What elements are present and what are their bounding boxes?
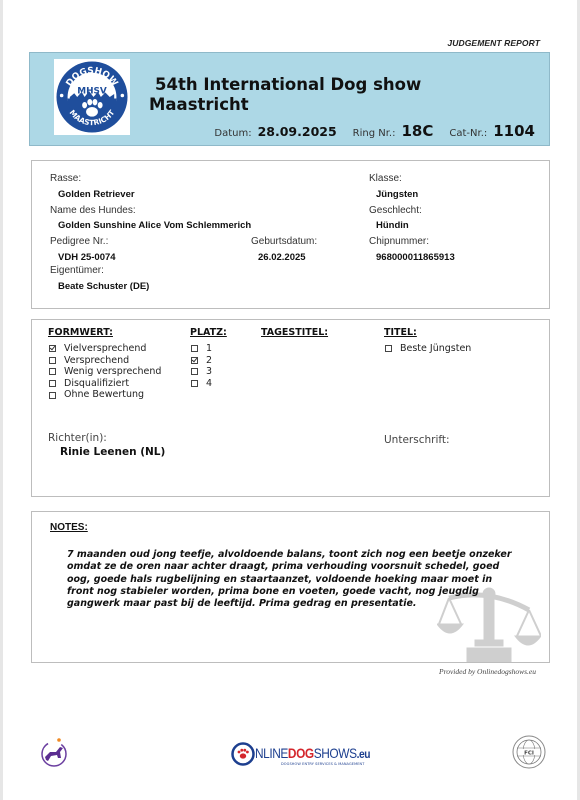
platz-option-label: 4 xyxy=(206,378,212,390)
formwert-option-label: Wenig versprechend xyxy=(64,366,161,378)
sex-label: Geschlecht: xyxy=(369,205,422,216)
pedigree-label: Pedigree Nr.: xyxy=(50,236,108,247)
pedigree-value: VDH 25-0074 xyxy=(58,252,116,263)
platz-option-label: 3 xyxy=(206,366,212,378)
formwert-option[interactable]: Disqualifiziert xyxy=(49,378,161,390)
tagestitel-heading: TAGESTITEL: xyxy=(261,327,328,338)
platz-option-label: 1 xyxy=(206,343,212,355)
checkbox-unchecked-icon[interactable] xyxy=(191,380,198,387)
class-value: Jüngsten xyxy=(376,189,418,200)
checkbox-checked-icon[interactable] xyxy=(191,357,198,364)
judging-result: FORMWERT: VielversprechendVersprechendWe… xyxy=(31,319,550,497)
formwert-option[interactable]: Vielversprechend xyxy=(49,343,161,355)
onlinedogshows-wordmark: NLINEDOGSHOWS.eu xyxy=(255,745,370,761)
cat-label: Cat-Nr.: xyxy=(449,128,487,139)
titel-options: Beste Jüngsten xyxy=(385,343,471,355)
owner-label: Eigentümer: xyxy=(50,265,104,276)
notes-text: 7 maanden oud jong teefje, alvoldoende b… xyxy=(67,549,522,610)
dog-jumping-logo-icon xyxy=(38,737,70,769)
report-type-label: JUDGEMENT REPORT xyxy=(447,38,540,48)
checkbox-unchecked-icon[interactable] xyxy=(385,345,392,352)
formwert-option-label: Versprechend xyxy=(64,355,129,367)
date-label: Datum: xyxy=(214,128,251,139)
date-value: 28.09.2025 xyxy=(258,124,337,139)
checkbox-unchecked-icon[interactable] xyxy=(191,368,198,375)
platz-option-label: 2 xyxy=(206,355,212,367)
show-title-line1: 54th International Dog show xyxy=(149,75,421,95)
checkbox-unchecked-icon[interactable] xyxy=(49,368,56,375)
platz-option[interactable]: 4 xyxy=(191,378,212,390)
ods-tld: .eu xyxy=(357,747,370,761)
show-header: DOGSHOW MAASTRICHT MHSV 54th Internation… xyxy=(29,52,550,146)
dogshow-mhsv-maastricht-logo-icon: DOGSHOW MAASTRICHT MHSV xyxy=(55,60,129,134)
ods-prefix: NLINE xyxy=(255,745,288,761)
svg-text:FCI: FCI xyxy=(524,750,534,756)
ods-suffix: SHOWS xyxy=(314,745,357,761)
checkbox-unchecked-icon[interactable] xyxy=(49,357,56,364)
paw-badge-icon xyxy=(231,742,255,766)
platz-option[interactable]: 2 xyxy=(191,355,212,367)
titel-option[interactable]: Beste Jüngsten xyxy=(385,343,471,355)
dog-details: Rasse: Golden Retriever Name des Hundes:… xyxy=(31,160,550,309)
owner-value: Beate Schuster (DE) xyxy=(58,281,149,292)
ods-dog: DOG xyxy=(288,745,314,761)
ring-value: 18C xyxy=(401,122,433,140)
dog-name-label: Name des Hundes: xyxy=(50,205,136,216)
dogshow-logo: DOGSHOW MAASTRICHT MHSV xyxy=(54,59,130,135)
formwert-option-label: Vielversprechend xyxy=(64,343,146,355)
platz-option[interactable]: 1 xyxy=(191,343,212,355)
formwert-options: VielversprechendVersprechendWenig verspr… xyxy=(49,343,161,401)
titel-option-label: Beste Jüngsten xyxy=(400,343,471,355)
judge-name: Rinie Leenen (NL) xyxy=(60,446,165,458)
titel-heading: TITEL: xyxy=(384,327,417,338)
checkbox-unchecked-icon[interactable] xyxy=(191,345,198,352)
class-label: Klasse: xyxy=(369,173,402,184)
notes-heading: NOTES: xyxy=(50,522,88,533)
signature-label: Unterschrift: xyxy=(384,434,450,446)
fci-logo-icon: FCI xyxy=(512,735,546,769)
onlinedogshows-logo: NLINEDOGSHOWS.eu DOGSHOW ENTRY SERVICES … xyxy=(231,741,361,771)
formwert-option-label: Disqualifiziert xyxy=(64,378,129,390)
dog-name-value: Golden Sunshine Alice Vom Schlemmerich xyxy=(58,220,251,231)
notes-section: NOTES: 7 maanden oud jong teefje, alvold… xyxy=(31,511,550,663)
formwert-option[interactable]: Wenig versprechend xyxy=(49,366,161,378)
show-meta: Datum: 28.09.2025 Ring Nr.: 18C Cat-Nr.:… xyxy=(214,122,535,140)
breed-value: Golden Retriever xyxy=(58,189,135,200)
show-title: 54th International Dog show Maastricht xyxy=(149,75,421,115)
birthdate-value: 26.02.2025 xyxy=(258,252,306,263)
platz-heading: PLATZ: xyxy=(190,327,227,338)
platz-options: 1234 xyxy=(191,343,212,389)
formwert-heading: FORMWERT: xyxy=(48,327,113,338)
breed-label: Rasse: xyxy=(50,173,81,184)
chip-value: 968000011865913 xyxy=(376,252,455,263)
page-edge-left xyxy=(0,0,3,800)
chip-label: Chipnummer: xyxy=(369,236,429,247)
formwert-option-label: Ohne Bewertung xyxy=(64,389,144,401)
checkbox-checked-icon[interactable] xyxy=(49,345,56,352)
checkbox-unchecked-icon[interactable] xyxy=(49,392,56,399)
show-title-line2: Maastricht xyxy=(149,95,249,114)
judge-label: Richter(in): xyxy=(48,432,107,444)
birthdate-label: Geburtsdatum: xyxy=(251,236,317,247)
platz-option[interactable]: 3 xyxy=(191,366,212,378)
checkbox-unchecked-icon[interactable] xyxy=(49,380,56,387)
formwert-option[interactable]: Versprechend xyxy=(49,355,161,367)
svg-text:MHSV: MHSV xyxy=(77,86,107,96)
cat-value: 1104 xyxy=(493,122,535,140)
provided-by-credit: Provided by Onlinedogshows.eu xyxy=(439,667,536,676)
sex-value: Hündin xyxy=(376,220,409,231)
ring-label: Ring Nr.: xyxy=(353,128,396,139)
formwert-option[interactable]: Ohne Bewertung xyxy=(49,389,161,401)
onlinedogshows-tagline: DOGSHOW ENTRY SERVICES & MANAGEMENT xyxy=(281,762,364,766)
